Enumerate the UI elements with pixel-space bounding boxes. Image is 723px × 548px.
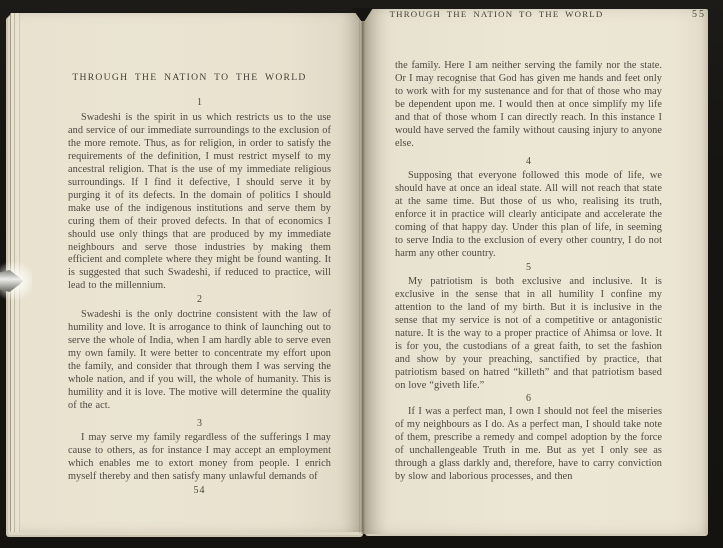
section-number-4: 4 bbox=[395, 156, 662, 167]
section-3-paragraph: I may serve my family regardless of the … bbox=[68, 432, 331, 484]
book-photo-backdrop: THROUGH THE NATION TO THE WORLD 1 Swades… bbox=[0, 0, 723, 548]
section-6-paragraph: If I was a perfect man, I own I should n… bbox=[395, 406, 662, 484]
book-gutter bbox=[359, 9, 365, 534]
continuation-paragraph: the family. Here I am neither serving th… bbox=[395, 60, 662, 151]
metal-clip-icon bbox=[0, 265, 26, 297]
left-page: THROUGH THE NATION TO THE WORLD 1 Swades… bbox=[10, 13, 363, 532]
page-number-right: 55 bbox=[692, 9, 706, 20]
section-4-paragraph: Supposing that everyone followed this mo… bbox=[395, 170, 662, 261]
right-page: THROUGH THE NATION TO THE WORLD 55 the f… bbox=[363, 9, 708, 534]
running-header-right: THROUGH THE NATION TO THE WORLD 55 bbox=[363, 9, 663, 23]
section-number-1: 1 bbox=[68, 97, 331, 108]
section-number-6: 6 bbox=[395, 393, 662, 404]
section-number-5: 5 bbox=[395, 262, 662, 273]
section-number-2: 2 bbox=[68, 294, 331, 305]
running-header-left: THROUGH THE NATION TO THE WORLD bbox=[58, 72, 321, 83]
page-number-left: 54 bbox=[68, 485, 331, 496]
running-header-text: THROUGH THE NATION TO THE WORLD bbox=[363, 9, 630, 19]
section-2-paragraph: Swadeshi is the only doctrine consistent… bbox=[68, 309, 331, 413]
section-5-paragraph: My patriotism is both exclusive and incl… bbox=[395, 276, 662, 393]
section-1-paragraph: Swadeshi is the spirit in us which restr… bbox=[68, 112, 331, 293]
section-number-3: 3 bbox=[68, 418, 331, 429]
